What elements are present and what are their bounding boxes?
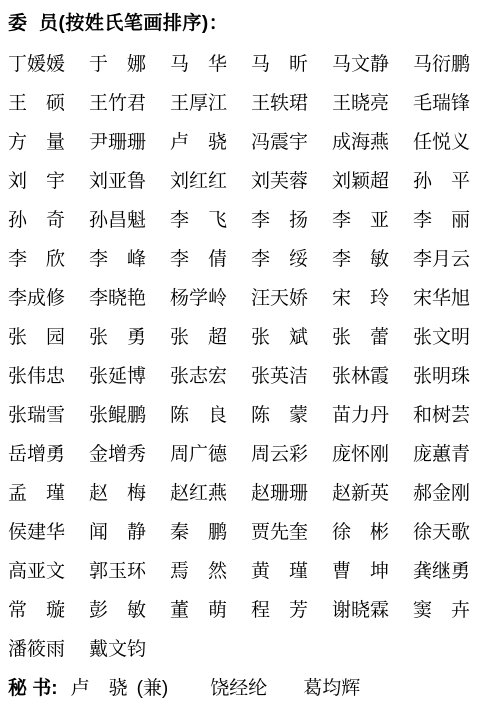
member-name: 张勇 [89, 322, 146, 349]
member-name: 杨学岭 [170, 283, 227, 310]
member-name: 张林霞 [332, 361, 389, 388]
member-name: 张园 [8, 322, 65, 349]
member-name: 马华 [170, 49, 227, 76]
member-name: 汪天娇 [251, 283, 308, 310]
member-name: 郝金刚 [413, 478, 470, 505]
member-name: 李成修 [8, 283, 65, 310]
member-name: 李亚 [332, 205, 389, 232]
secretary-name-primary: 卢骁 [71, 673, 128, 700]
member-name: 董萌 [170, 595, 227, 622]
member-name: 赵红燕 [170, 478, 227, 505]
member-name: 张志宏 [170, 361, 227, 388]
member-name: 彭敏 [89, 595, 146, 622]
member-name: 徐彬 [332, 517, 389, 544]
member-name: 岳增勇 [8, 439, 65, 466]
member-name: 程芳 [251, 595, 308, 622]
member-name: 李峰 [89, 244, 146, 271]
member-name: 马文静 [332, 49, 389, 76]
member-name: 李月云 [413, 244, 470, 271]
member-name: 于娜 [89, 49, 146, 76]
member-name: 李晓艳 [89, 283, 146, 310]
member-name: 宋华旭 [413, 283, 470, 310]
member-name: 卢骁 [170, 127, 227, 154]
member-name: 孙平 [413, 166, 470, 193]
member-name: 张超 [170, 322, 227, 349]
member-name: 王晓亮 [332, 88, 389, 115]
members-grid: 丁媛媛于娜马华马昕马文静马衍鹏王硕王竹君王厚江王轶珺王晓亮毛瑞锋方量尹珊珊卢骁冯… [8, 43, 474, 667]
member-name: 陈良 [170, 400, 227, 427]
member-name: 冯震宇 [251, 127, 308, 154]
member-name: 和树芸 [413, 400, 470, 427]
member-name: 张文明 [413, 322, 470, 349]
member-name: 刘红红 [170, 166, 227, 193]
member-name: 张延博 [89, 361, 146, 388]
member-name: 宋玲 [332, 283, 389, 310]
member-name: 常璇 [8, 595, 65, 622]
member-name: 张瑞雪 [8, 400, 65, 427]
member-name: 张明珠 [413, 361, 470, 388]
member-name: 李绥 [251, 244, 308, 271]
member-name: 曹坤 [332, 556, 389, 583]
member-name: 张英洁 [251, 361, 308, 388]
secretary-line: 秘 书: 卢骁 (兼) 饶经纶葛均辉 [8, 667, 474, 706]
member-name: 贾先奎 [251, 517, 308, 544]
member-name: 徐天歌 [413, 517, 470, 544]
member-name: 刘宇 [8, 166, 65, 193]
member-name: 龚继勇 [413, 556, 470, 583]
member-name: 李敏 [332, 244, 389, 271]
member-name: 庞怀刚 [332, 439, 389, 466]
member-name: 李欣 [8, 244, 65, 271]
member-name: 张斌 [251, 322, 308, 349]
member-name: 毛瑞锋 [413, 88, 470, 115]
member-name: 孙奇 [8, 205, 65, 232]
member-name: 马昕 [251, 49, 308, 76]
member-name: 王厚江 [170, 88, 227, 115]
member-name: 李倩 [170, 244, 227, 271]
member-name: 戴文钧 [89, 634, 146, 661]
member-name: 周广德 [170, 439, 227, 466]
member-name: 王轶珺 [251, 88, 308, 115]
member-name: 刘亚鲁 [89, 166, 146, 193]
member-name: 赵新英 [332, 478, 389, 505]
member-name: 陈蒙 [251, 400, 308, 427]
member-name: 李丽 [413, 205, 470, 232]
committee-section-title: 委 员(按姓氏笔画排序)： [8, 0, 474, 43]
secretary-name: 饶经纶 [210, 673, 267, 700]
member-name: 苗力丹 [332, 400, 389, 427]
member-name: 张鲲鹏 [89, 400, 146, 427]
member-name: 任悦义 [413, 127, 470, 154]
member-name: 李飞 [170, 205, 227, 232]
member-name: 李扬 [251, 205, 308, 232]
member-name: 孙昌魁 [89, 205, 146, 232]
member-name: 尹珊珊 [89, 127, 146, 154]
member-name: 焉然 [170, 556, 227, 583]
secretary-label: 秘 书: [8, 673, 58, 700]
member-name: 潘筱雨 [8, 634, 65, 661]
member-name: 窦卉 [413, 595, 470, 622]
member-name: 丁媛媛 [8, 49, 65, 76]
member-name: 高亚文 [8, 556, 65, 583]
member-name: 张伟忠 [8, 361, 65, 388]
member-name: 成海燕 [332, 127, 389, 154]
member-name: 周云彩 [251, 439, 308, 466]
concurrent-post-suffix: (兼) [137, 673, 169, 700]
member-name: 刘芙蓉 [251, 166, 308, 193]
member-name: 王硕 [8, 88, 65, 115]
member-name: 闻静 [89, 517, 146, 544]
member-name: 孟瑾 [8, 478, 65, 505]
member-name: 马衍鹏 [413, 49, 470, 76]
member-name: 刘颖超 [332, 166, 389, 193]
member-name: 黄瑾 [251, 556, 308, 583]
secretary-name: 葛均辉 [303, 673, 360, 700]
member-name: 方量 [8, 127, 65, 154]
member-name: 赵珊珊 [251, 478, 308, 505]
member-name: 庞蕙青 [413, 439, 470, 466]
committee-document: 委 员(按姓氏笔画排序)： 丁媛媛于娜马华马昕马文静马衍鹏王硕王竹君王厚江王轶珺… [0, 0, 478, 706]
member-name: 郭玉环 [89, 556, 146, 583]
member-name: 赵梅 [89, 478, 146, 505]
member-name: 王竹君 [89, 88, 146, 115]
member-name: 张蕾 [332, 322, 389, 349]
member-name: 秦鹏 [170, 517, 227, 544]
member-name: 侯建华 [8, 517, 65, 544]
member-name: 谢晓霖 [332, 595, 389, 622]
member-name: 金增秀 [89, 439, 146, 466]
